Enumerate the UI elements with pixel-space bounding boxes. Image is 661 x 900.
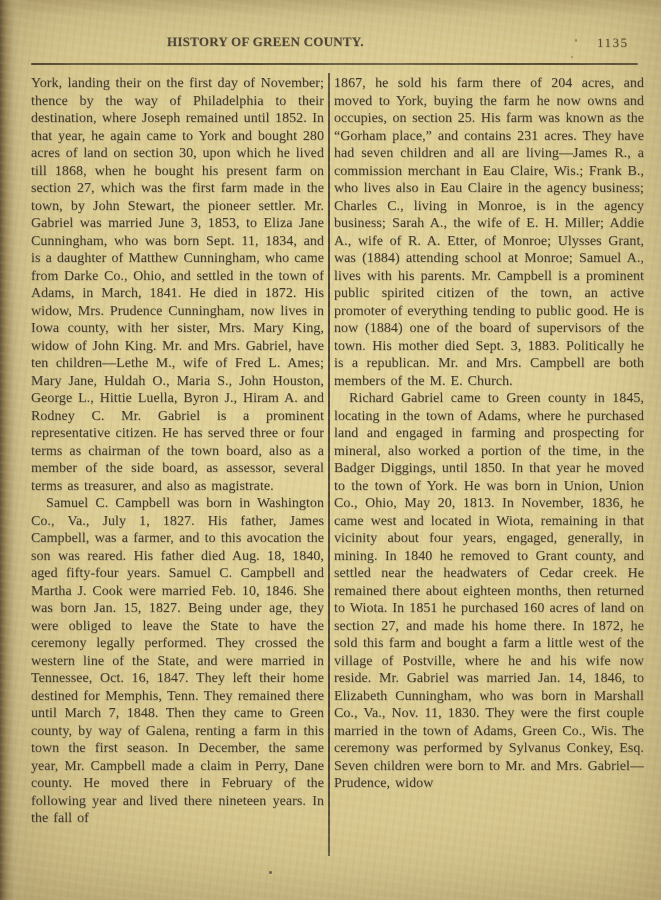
paragraph-continued: 1867, he sold his farm there of 204 acre… bbox=[334, 75, 644, 390]
column-divider-rule bbox=[328, 73, 330, 856]
ink-speck bbox=[575, 39, 577, 42]
running-header-title: HISTORY OF GREEN COUNTY. bbox=[167, 34, 364, 50]
paragraph-samuel-campbell: Samuel C. Campbell was born in Washingto… bbox=[31, 495, 324, 828]
left-text-column: York, landing their on the first day of … bbox=[31, 75, 324, 863]
paragraph-richard-gabriel: Richard Gabriel came to Green county in … bbox=[334, 390, 644, 793]
page-number: 1135 bbox=[597, 35, 642, 51]
ink-speck bbox=[269, 871, 272, 874]
paragraph-continued: York, landing their on the first day of … bbox=[31, 75, 324, 495]
page-top-shadow bbox=[0, 0, 661, 16]
header-rule bbox=[31, 63, 638, 65]
book-page: HISTORY OF GREEN COUNTY. 1135 York, land… bbox=[0, 0, 661, 900]
right-text-column: 1867, he sold his farm there of 204 acre… bbox=[334, 75, 644, 863]
ink-speck bbox=[571, 56, 573, 58]
page-gutter-shadow bbox=[0, 0, 30, 900]
